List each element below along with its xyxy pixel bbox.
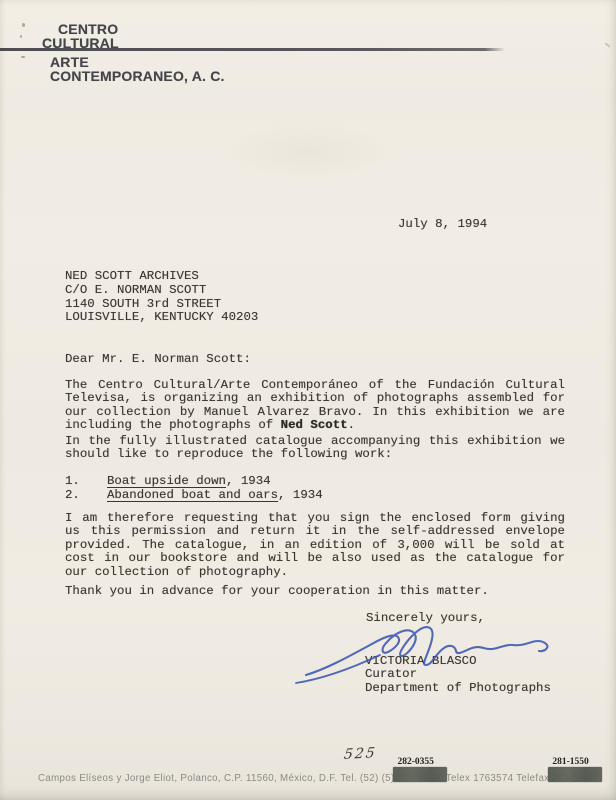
scan-speck [604, 42, 611, 48]
body-paragraph-2: In the fully illustrated catalogue accom… [65, 435, 565, 462]
text-line: C/O E. NORMAN SCOTT [65, 284, 258, 298]
text-line: 1140 SOUTH 3rd STREET [65, 298, 258, 312]
phone-correction-1: 282-0355 [397, 757, 433, 767]
body-paragraph-1-last-line: including the photographs of Ned Scott. [65, 419, 565, 432]
works-list: 1.Boat upside down, 1934 2.Abandoned boa… [65, 475, 565, 502]
thanks-line: Thank you in advance for your cooperatio… [65, 585, 489, 598]
redaction-marker-1 [393, 767, 446, 782]
recipient-address: NED SCOTT ARCHIVESC/O E. NORMAN SCOTT114… [65, 270, 258, 325]
scan-speck [20, 35, 22, 38]
letter-date: July 8, 1994 [398, 218, 487, 231]
body-paragraph-3: I am therefore requesting that you sign … [65, 512, 565, 579]
letterhead-org-line4: CONTEMPORANEO, A. C. [50, 69, 225, 83]
redaction-marker-2 [548, 767, 601, 782]
text-line: The Centro Cultural/Arte Contemporáneo o… [65, 379, 565, 392]
text-line: cost in our bookstore and will be also u… [65, 552, 565, 565]
handwritten-note: 525 [343, 745, 378, 763]
salutation: Dear Mr. E. Norman Scott: [65, 353, 251, 366]
body-paragraph-1: The Centro Cultural/Arte Contemporáneo o… [65, 379, 565, 433]
letterhead-org-line3: ARTE [50, 55, 89, 69]
text-line: In the fully illustrated catalogue accom… [65, 435, 565, 448]
text-line: provided. The catalogue, in an edition o… [65, 539, 565, 552]
redacted-phone-1-wrap: 203-58-20282-0355 [396, 773, 443, 784]
footer-address-part2: Telex 1763574 Telefax [446, 773, 550, 784]
redacted-phone-2-wrap: 203-59-47281-1550 [551, 773, 598, 784]
text-line: Televisa, is organizing an exhibition of… [65, 392, 565, 405]
text-line: NED SCOTT ARCHIVES [65, 270, 258, 284]
work-item-number: 2. [65, 489, 107, 503]
scan-speck [21, 56, 25, 58]
phone-correction-2: 281-1550 [552, 757, 588, 767]
handwritten-signature-ink [292, 617, 572, 695]
letterhead-org-line1: CENTRO [58, 22, 118, 36]
text-line: LOUISVILLE, KENTUCKY 40203 [65, 311, 258, 325]
work-item-2: 2.Abandoned boat and oars, 1934 [65, 489, 565, 503]
scan-speck [22, 23, 25, 27]
scanned-letter-page: CENTRO CULTURAL ARTE CONTEMPORANEO, A. C… [0, 0, 616, 800]
footer-address-part1: Campos Elíseos y Jorge Eliot, Polanco, C… [38, 773, 394, 784]
work-item-1: 1.Boat upside down, 1934 [65, 475, 565, 489]
work-item-title: Abandoned boat and oars [107, 488, 278, 502]
work-item-title: Boat upside down [107, 474, 226, 488]
footer-address-line: Campos Elíseos y Jorge Eliot, Polanco, C… [38, 773, 616, 784]
emphasized-name: Ned Scott [281, 418, 348, 432]
letterhead-divider-rule [0, 48, 505, 51]
text-line: I am therefore requesting that you sign … [65, 512, 565, 525]
work-item-number: 1. [65, 475, 107, 489]
text-line: us this permission and return it in the … [65, 525, 565, 538]
